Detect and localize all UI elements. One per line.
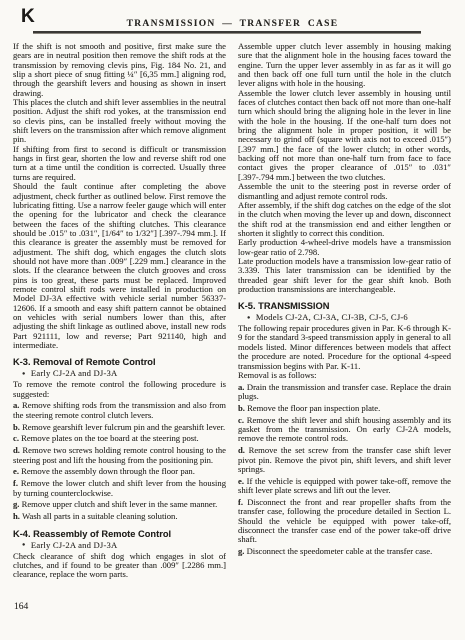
step-letter: c. bbox=[13, 433, 21, 443]
section-heading: K-5. TRANSMISSION bbox=[238, 301, 451, 311]
procedure-step-a: a. Remove shifting rods from the transmi… bbox=[13, 401, 226, 420]
paragraph: Early production 4-wheel-drive models ha… bbox=[238, 238, 451, 257]
header-rule bbox=[33, 31, 421, 34]
step-letter: g. bbox=[13, 499, 22, 509]
procedure-step-b: b. Remove the floor pan inspection plate… bbox=[238, 404, 451, 413]
procedure-step-d: d. Remove two screws holding remote cont… bbox=[13, 446, 226, 465]
step-letter: b. bbox=[238, 403, 247, 413]
model-applicability-text: Models CJ-2A, CJ-3A, CJ-3B, CJ-5, CJ-6 bbox=[254, 312, 408, 322]
procedure-step-a: a. Drain the transmission and transfer c… bbox=[238, 383, 451, 402]
step-text: If the vehicle is equipped with power ta… bbox=[238, 476, 451, 495]
paragraph: To remove the remote control the followi… bbox=[13, 380, 226, 399]
step-letter: e. bbox=[13, 466, 21, 476]
step-letter: b. bbox=[13, 422, 22, 432]
procedure-step-h: h. Wash all parts in a suitable cleaning… bbox=[13, 512, 226, 521]
paragraph: If the shift is not smooth and positive,… bbox=[13, 42, 226, 98]
manual-page: K TRANSMISSION — TRANSFER CASE If the sh… bbox=[0, 0, 465, 640]
model-applicability-text: Early CJ-2A and DJ-3A bbox=[29, 368, 118, 378]
paragraph: Late production models have a transmissi… bbox=[238, 257, 451, 294]
procedure-step-d: d. Remove the set screw from the transfe… bbox=[238, 446, 451, 474]
paragraph: Assemble the lower clutch lever assembly… bbox=[238, 89, 451, 182]
bullet-icon: ● bbox=[22, 371, 26, 377]
step-text: Remove shifting rods from the transmissi… bbox=[13, 400, 226, 419]
paragraph: Should the fault continue after completi… bbox=[13, 182, 226, 350]
step-text: Remove the set screw from the transfer c… bbox=[238, 445, 451, 474]
step-text: Remove the shift lever and shift housing… bbox=[238, 415, 451, 444]
step-text: Disconnect the front and rear propeller … bbox=[238, 497, 451, 544]
paragraph: Check clearance of shift dog which engag… bbox=[13, 552, 226, 580]
step-text: Remove two screws holding remote control… bbox=[13, 445, 226, 464]
bullet-icon: ● bbox=[247, 315, 251, 321]
step-text: Remove the lower clutch and shift lever … bbox=[13, 478, 226, 497]
step-text: Wash all parts in a suitable cleaning so… bbox=[22, 511, 177, 521]
paragraph: This places the clutch and shift lever a… bbox=[13, 98, 226, 145]
model-applicability-line: ● Early CJ-2A and DJ-3A bbox=[13, 541, 226, 551]
right-column: Assemble upper clutch lever assembly in … bbox=[238, 42, 451, 557]
procedure-step-c: c. Remove the shift lever and shift hous… bbox=[238, 416, 451, 444]
page-header-title: TRANSMISSION — TRANSFER CASE bbox=[0, 19, 465, 29]
procedure-step-f: f. Remove the lower clutch and shift lev… bbox=[13, 479, 226, 498]
step-text: Remove the floor pan inspection plate. bbox=[247, 403, 380, 413]
procedure-step-g: g. Disconnect the speedometer cable at t… bbox=[238, 547, 451, 556]
page-number: 164 bbox=[14, 602, 28, 612]
step-text: Remove gearshift lever fulcrum pin and t… bbox=[22, 422, 225, 432]
model-applicability-line: ● Models CJ-2A, CJ-3A, CJ-3B, CJ-5, CJ-6 bbox=[238, 313, 451, 323]
bullet-icon: ● bbox=[22, 542, 26, 548]
step-text: Remove plates on the toe board at the st… bbox=[21, 433, 199, 443]
section-heading: K-4. Reassembly of Remote Control bbox=[13, 529, 226, 539]
paragraph: Assemble upper clutch lever assembly in … bbox=[238, 42, 451, 89]
procedure-step-c: c. Remove plates on the toe board at the… bbox=[13, 434, 226, 443]
step-letter: g. bbox=[238, 546, 247, 556]
procedure-step-b: b. Remove gearshift lever fulcrum pin an… bbox=[13, 423, 226, 432]
paragraph: If shifting from first to second is diff… bbox=[13, 145, 226, 182]
procedure-step-e: e. Remove the assembly down through the … bbox=[13, 467, 226, 476]
step-letter: h. bbox=[13, 511, 22, 521]
paragraph: After assembly, if the shift dog catches… bbox=[238, 201, 451, 238]
procedure-step-e: e. If the vehicle is equipped with power… bbox=[238, 477, 451, 496]
step-text: Remove the assembly down through the flo… bbox=[21, 466, 195, 476]
step-text: Remove upper clutch and shift lever in t… bbox=[22, 499, 218, 509]
procedure-step-f: f. Disconnect the front and rear propell… bbox=[238, 498, 451, 545]
left-column: If the shift is not smooth and positive,… bbox=[13, 42, 226, 580]
model-applicability-text: Early CJ-2A and DJ-3A bbox=[29, 540, 118, 550]
section-heading: K-3. Removal of Remote Control bbox=[13, 357, 226, 367]
step-text: Disconnect the speedometer cable at the … bbox=[247, 546, 433, 556]
step-text: Drain the transmission and transfer case… bbox=[238, 382, 451, 401]
model-applicability-line: ● Early CJ-2A and DJ-3A bbox=[13, 369, 226, 379]
paragraph: Assemble the unit to the steering post i… bbox=[238, 182, 451, 201]
paragraph: The following repair procedures given in… bbox=[238, 324, 451, 371]
paragraph: Removal is as follows: bbox=[238, 371, 451, 380]
procedure-step-g: g. Remove upper clutch and shift lever i… bbox=[13, 500, 226, 509]
